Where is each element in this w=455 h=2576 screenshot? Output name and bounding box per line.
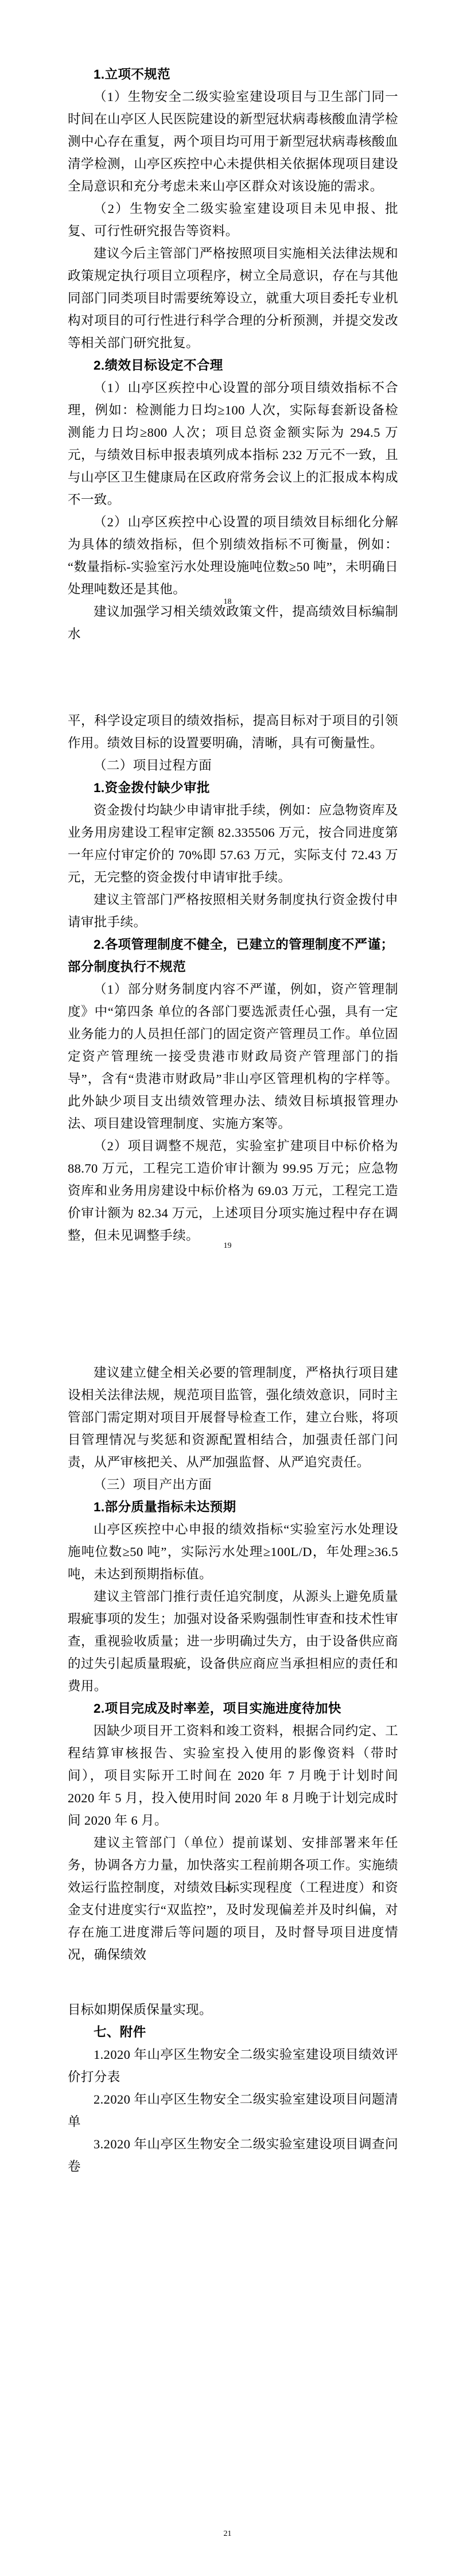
paragraph: （1）生物安全二级实验室建设项目与卫生部门同一时间在山亭区人民医院建设的新型冠状… xyxy=(68,86,398,197)
section-heading: 2.各项管理制度不健全，已建立的管理制度不严谨；部分制度执行不规范 xyxy=(68,933,398,978)
document-canvas: 1.立项不规范（1）生物安全二级实验室建设项目与卫生部门同一时间在山亭区人民医院… xyxy=(0,0,455,2576)
subsection-heading: （三）项目产出方面 xyxy=(68,1473,398,1496)
paragraph: （2）山亭区疾控中心设置的项目绩效目标细化分解为具体的绩效指标，但个别绩效指标不… xyxy=(68,511,398,600)
page-content: 目标如期保质保量实现。七、附件1.2020 年山亭区生物安全二级实验室建设项目绩… xyxy=(68,1999,398,2178)
page-content: 1.立项不规范（1）生物安全二级实验室建设项目与卫生部门同一时间在山亭区人民医院… xyxy=(68,63,398,645)
page-number: 19 xyxy=(0,1242,455,1251)
paragraph: （1）山亭区疾控中心设置的部分项目绩效指标不合理，例如：检测能力日均≥100 人… xyxy=(68,377,398,511)
paragraph: （1）部分财务制度内容不严谨，例如，资产管理制度》中“第四条 单位的各部门要选派… xyxy=(68,978,398,1135)
paragraph: 1.2020 年山亭区生物安全二级实验室建设项目绩效评价打分表 xyxy=(68,2043,398,2088)
paragraph: 目标如期保质保量实现。 xyxy=(68,1999,398,2021)
page-number: 18 xyxy=(0,598,455,607)
paragraph: （2）项目调整不规范，实验室扩建项目中标价格为 88.70 万元，工程完工造价审… xyxy=(68,1135,398,1247)
subsection-heading: （二）项目过程方面 xyxy=(68,754,398,777)
paragraph: （2）生物安全二级实验室建设项目未见申报、批复、可行性研究报告等资料。 xyxy=(68,197,398,242)
paragraph: 建议主管部门推行责任追究制度，从源头上避免质量瑕疵事项的发生；加强对设备采购强制… xyxy=(68,1585,398,1697)
page-number: 21 xyxy=(0,2530,455,2539)
page-content: 建议建立健全相关必要的管理制度，严格执行项目建设相关法律法规，规范项目监管，强化… xyxy=(68,1361,398,1966)
section-heading: 1.资金拨付缺少审批 xyxy=(68,777,398,799)
paragraph: 建议加强学习相关绩效政策文件，提高绩效目标编制水 xyxy=(68,600,398,645)
paragraph: 建议建立健全相关必要的管理制度，严格执行项目建设相关法律法规，规范项目监管，强化… xyxy=(68,1361,398,1473)
section-heading: 七、附件 xyxy=(68,2021,398,2043)
paragraph: 平，科学设定项目的绩效指标，提高目标对于项目的引领作用。绩效目标的设置要明确，清… xyxy=(68,709,398,754)
section-heading: 1.立项不规范 xyxy=(68,63,398,86)
section-heading: 2.项目完成及时率差，项目实施进度待加快 xyxy=(68,1697,398,1720)
paragraph: 因缺少项目开工资料和竣工资料，根据合同约定、工程结算审核报告、实验室投入使用的影… xyxy=(68,1720,398,1832)
paragraph: 资金拨付均缺少申请审批手续，例如：应急物资库及业务用房建设工程审定额 82.33… xyxy=(68,799,398,889)
section-heading: 1.部分质量指标未达预期 xyxy=(68,1496,398,1518)
paragraph: 建议主管部门严格按照相关财务制度执行资金拨付申请审批手续。 xyxy=(68,889,398,933)
paragraph: 2.2020 年山亭区生物安全二级实验室建设项目问题清单 xyxy=(68,2088,398,2133)
paragraph: 建议今后主管部门严格按照项目实施相关法律法规和政策规定执行项目立项程序，树立全局… xyxy=(68,242,398,354)
paragraph: 山亭区疾控中心申报的绩效指标“实验室污水处理设施吨位数≥50 吨”，实际污水处理… xyxy=(68,1518,398,1585)
paragraph: 3.2020 年山亭区生物安全二级实验室建设项目调查问卷 xyxy=(68,2133,398,2178)
section-heading: 2.绩效目标设定不合理 xyxy=(68,354,398,377)
page-content: 平，科学设定项目的绩效指标，提高目标对于项目的引领作用。绩效目标的设置要明确，清… xyxy=(68,709,398,1247)
page-number: 20 xyxy=(0,1886,455,1895)
paragraph: 建议主管部门（单位）提前谋划、安排部署来年任务，协调各方力量，加快落实工程前期各… xyxy=(68,1832,398,1966)
